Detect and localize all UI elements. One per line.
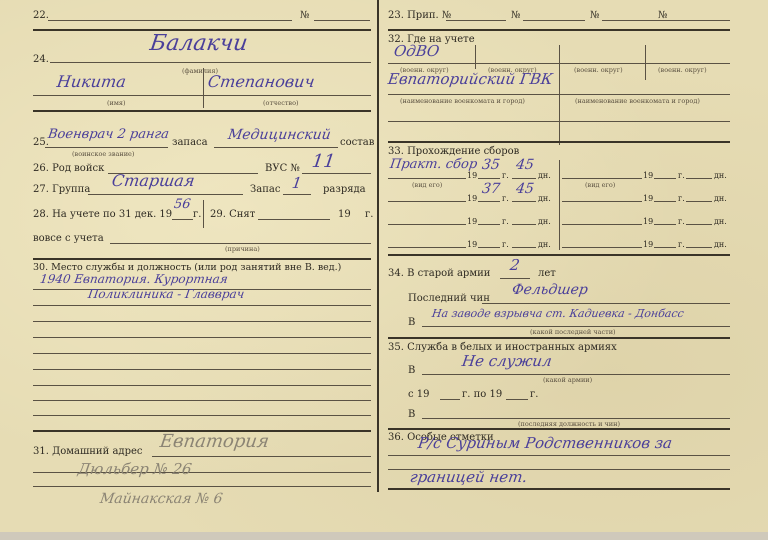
camp-kind-caption-left: (вид его) (412, 182, 442, 189)
registered-until-label: 28. На учете по 31 дек. 19 (33, 210, 172, 220)
service-place-line-1: 1940 Евпатория. Курортная (39, 273, 228, 285)
scan-bottom-edge (0, 532, 768, 540)
last-rank-label: Последний чин (408, 294, 490, 304)
rank-caption: (воинское звание) (72, 151, 134, 158)
office-caption-2: (наименование военкомата и город) (575, 98, 700, 105)
service-place-line-2: Поликлиника - Главврач (87, 288, 245, 300)
last-unit-value: На заводе взрывча ст. Кадиевка - Донбасс (431, 308, 684, 319)
staff-value: Медицинский (227, 128, 332, 142)
field-23-no-4: № (658, 11, 667, 21)
foreign-from-label: с 19 (408, 390, 430, 400)
camp-3-days-suffix: дн. (538, 218, 551, 226)
camp-2-days: 45 (515, 182, 535, 196)
vus-value: 11 (311, 153, 336, 171)
field-23-no-2: № (511, 11, 520, 21)
foreign-army-value: Не служил (461, 354, 553, 369)
rank-value: Военврач 2 ранга (47, 128, 170, 141)
camp-4-year-suffix: г. (502, 241, 509, 249)
old-army-label: 34. В старой армии (388, 269, 490, 279)
camp-2-year: 37 (481, 182, 501, 196)
camp-1-year-suffix: г. (502, 172, 509, 180)
field-23-no-3: № (590, 11, 599, 21)
camp-1-days-suffix: дн. (538, 172, 551, 180)
camp-4-year-prefix: 19 (467, 241, 477, 249)
patronymic-caption: (отчество) (263, 100, 299, 107)
first-name-value: Никита (56, 74, 127, 90)
special-notes-line-2: границей нет. (409, 470, 528, 485)
camp-r3-year-prefix: 19 (643, 218, 653, 226)
field-23-label: 23. Прип. № (388, 11, 451, 21)
vus-label: ВУС № (265, 164, 300, 174)
staff-label: состав (340, 138, 374, 148)
camp-r3-days-suffix: дн. (714, 218, 727, 226)
camp-r3-year-suffix: г. (678, 218, 685, 226)
home-address-line-2: Дюльбер № 26 (77, 462, 193, 477)
foreign-army-in-label: В (408, 366, 415, 376)
camp-1-year: 35 (481, 158, 501, 172)
camp-4-days-suffix: дн. (538, 241, 551, 249)
category-label: Запас (250, 185, 280, 195)
foreign-position-in-label: В (408, 410, 415, 420)
last-rank-value: Фельдшер (511, 283, 589, 297)
category-value: 1 (291, 176, 303, 191)
column-divider (377, 0, 379, 492)
home-address-line-1: Евпатория (159, 433, 270, 451)
camp-r4-days-suffix: дн. (714, 241, 727, 249)
patronymic-value: Степанович (207, 74, 316, 90)
registered-until-year: 56 (173, 198, 191, 211)
camp-r1-year-suffix: г. (678, 172, 685, 180)
camp-kind-caption-right: (вид его) (585, 182, 615, 189)
military-office-value: Евпаторийский ГВК (387, 72, 554, 87)
category-suffix: разряда (323, 185, 366, 195)
field-22-no-label: № (300, 11, 309, 21)
training-camps-label: 33. Прохождение сборов (388, 147, 519, 157)
camp-3-year-prefix: 19 (467, 218, 477, 226)
old-army-years: 2 (509, 258, 521, 273)
removed-completely-label: вовсе с учета (33, 234, 104, 244)
special-notes-line-1: Р/с Суриным Родственников за (417, 436, 673, 451)
district-caption-3: (военн. округ) (574, 67, 623, 74)
removed-year-prefix: 19 (338, 210, 351, 220)
district-caption-4: (военн. округ) (658, 67, 707, 74)
reason-caption: (причина) (225, 246, 260, 253)
district-value: ОдВО (393, 44, 440, 59)
foreign-army-caption: (какой армии) (543, 377, 592, 384)
field-22-number: 22. (33, 11, 49, 21)
camp-1-kind: Практ. сбор (389, 158, 478, 171)
camp-2-year-prefix: 19 (467, 195, 477, 203)
camp-1-year-prefix: 19 (467, 172, 477, 180)
group-label: 27. Группа (33, 185, 90, 195)
branch-label: 26. Род войск (33, 164, 104, 174)
foreign-to-suffix: г. (530, 390, 538, 400)
camp-1-days: 45 (515, 158, 535, 172)
camp-3-year-suffix: г. (502, 218, 509, 226)
old-army-years-suffix: лет (538, 269, 556, 279)
removed-year-suffix: г. (365, 210, 373, 220)
home-address-line-3: Майнакская № 6 (99, 492, 223, 506)
camp-r2-year-suffix: г. (678, 195, 685, 203)
camp-r1-year-prefix: 19 (643, 172, 653, 180)
camp-2-year-suffix: г. (502, 195, 509, 203)
camp-2-days-suffix: дн. (538, 195, 551, 203)
military-registration-card: 22. № Балакчи 24. (фамилия) Никита Степа… (0, 0, 768, 532)
group-value: Старшая (111, 173, 196, 189)
reserve-label: запаса (172, 138, 208, 148)
home-address-label: 31. Домашний адрес (33, 447, 142, 457)
camp-r2-days-suffix: дн. (714, 195, 727, 203)
surname-value: Балакчи (148, 33, 248, 55)
foreign-position-caption: (последняя должность и чин) (518, 421, 620, 428)
removed-label: 29. Снят (210, 210, 255, 220)
camp-r2-year-prefix: 19 (643, 195, 653, 203)
field-24-number: 24. (33, 55, 49, 65)
camp-r1-days-suffix: дн. (714, 172, 727, 180)
last-unit-in-label: В (408, 318, 415, 328)
camp-r4-year-prefix: 19 (643, 241, 653, 249)
first-name-caption: (имя) (107, 100, 126, 107)
registered-until-suffix: г. (193, 210, 201, 220)
camp-r4-year-suffix: г. (678, 241, 685, 249)
last-unit-caption: (какой последней части) (530, 329, 616, 336)
office-caption-1: (наименование военкомата и город) (400, 98, 525, 105)
foreign-to-label: г. по 19 (462, 390, 502, 400)
